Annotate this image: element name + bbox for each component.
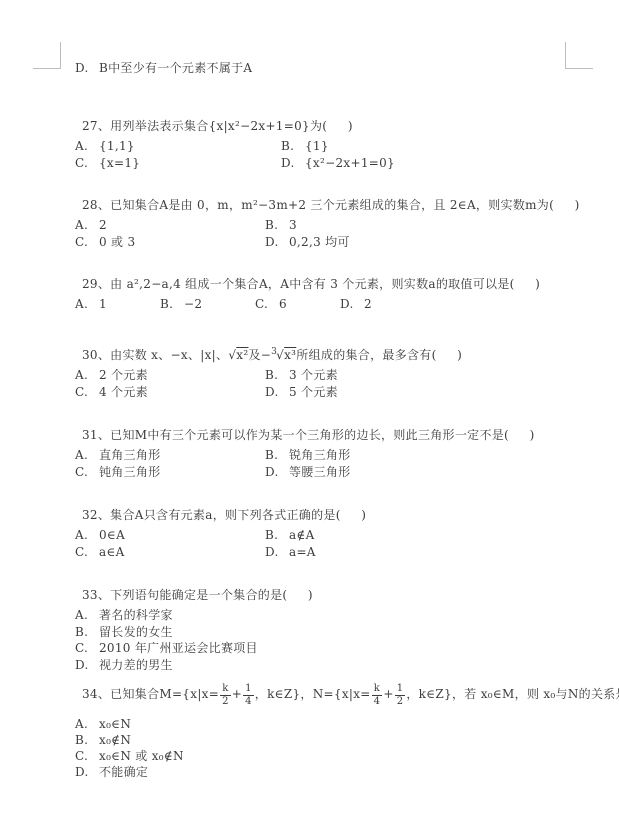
- question-30-option-d: D.5 个元素: [265, 384, 338, 401]
- question-32-option-d: D.a=A: [265, 544, 316, 561]
- question-34: 34、已知集合M={x|x=k2+14，k∈Z}，N={x|x=k4+12，k∈…: [75, 679, 590, 780]
- question-30-option-b: B.3 个元素: [265, 367, 338, 384]
- question-32-header: 32、集合A只含有元素a，则下列各式正确的是( ): [75, 507, 590, 524]
- question-28-option-d: D.0,2,3 均可: [265, 234, 350, 251]
- question-28-option-c: C.0 或 3: [75, 234, 265, 251]
- question-31-option-c: C.钝角三角形: [75, 464, 265, 481]
- question-31: 31、已知M中有三个元素可以作为某一个三角形的边长，则此三角形一定不是( ) A…: [75, 427, 590, 481]
- question-34-option-b: B.x₀∉N: [75, 732, 590, 748]
- question-31-option-d: D.等腰三角形: [265, 464, 351, 481]
- question-30-option-c: C.4 个元素: [75, 384, 265, 401]
- question-29-option-b: B.−2: [160, 296, 255, 313]
- question-32-option-b: B.a∉A: [265, 527, 315, 544]
- question-30-option-a: A.2 个元素: [75, 367, 265, 384]
- question-28-header: 28、已知集合A是由 0，m，m²−3m+2 三个元素组成的集合，且 2∈A，则…: [75, 197, 590, 214]
- question-31-option-a: A.直角三角形: [75, 447, 265, 464]
- option-label: D.: [75, 60, 99, 77]
- question-34-header: 34、已知集合M={x|x=k2+14，k∈Z}，N={x|x=k4+12，k∈…: [75, 679, 590, 709]
- question-28: 28、已知集合A是由 0，m，m²−3m+2 三个元素组成的集合，且 2∈A，则…: [75, 197, 590, 251]
- question-33-header: 33、下列语句能确定是一个集合的是( ): [75, 587, 590, 604]
- question-34-option-a: A.x₀∈N: [75, 716, 590, 732]
- question-30: 30、由实数 x、−x、|x|、√x²及−3√x³所组成的集合，最多含有( ) …: [75, 344, 590, 401]
- question-29: 29、由 a²,2−a,4 组成一个集合A，A中含有 3 个元素，则实数a的取值…: [75, 276, 590, 313]
- square-root-expression: √x²: [228, 348, 248, 362]
- question-31-header: 31、已知M中有三个元素可以作为某一个三角形的边长，则此三角形一定不是( ): [75, 427, 590, 444]
- question-27-option-b: B.{1}: [281, 138, 329, 155]
- question-33-option-b: B.留长发的女生: [75, 624, 590, 641]
- question-27-option-d: D.{x²−2x+1=0}: [281, 155, 395, 172]
- question-34-option-d: D.不能确定: [75, 764, 590, 780]
- question-33: 33、下列语句能确定是一个集合的是( ) A.著名的科学家 B.留长发的女生 C…: [75, 587, 590, 673]
- question-28-option-b: B.3: [265, 217, 297, 234]
- question-34-option-c: C.x₀∈N 或 x₀∉N: [75, 748, 590, 764]
- question-32: 32、集合A只含有元素a，则下列各式正确的是( ) A.0∈A B.a∉A C.…: [75, 507, 590, 561]
- question-29-option-a: A.1: [75, 296, 160, 313]
- question-27-header: 27、用列举法表示集合{x|x²−2x+1=0}为( ): [75, 118, 590, 135]
- option-d-previous-question: D.B中至少有一个元素不属于A: [75, 60, 590, 77]
- cube-root-expression: 3√x³: [271, 348, 296, 362]
- question-27-option-c: C.{x=1}: [75, 155, 281, 172]
- question-30-header: 30、由实数 x、−x、|x|、√x²及−3√x³所组成的集合，最多含有( ): [75, 344, 590, 364]
- question-27: 27、用列举法表示集合{x|x²−2x+1=0}为( ) A.{1,1} B.{…: [75, 118, 590, 172]
- question-29-option-c: C.6: [255, 296, 340, 313]
- fraction-1-over-2: 12: [395, 683, 406, 707]
- fraction-k-over-2: k2: [220, 683, 231, 707]
- question-31-option-b: B.锐角三角形: [265, 447, 351, 464]
- page-corner-mark-left: [33, 42, 61, 69]
- fraction-k-over-4: k4: [372, 683, 383, 707]
- question-32-option-a: A.0∈A: [75, 527, 265, 544]
- question-33-option-d: D.视力差的男生: [75, 657, 590, 674]
- question-28-option-a: A.2: [75, 217, 265, 234]
- question-33-option-c: C.2010 年广州亚运会比赛项目: [75, 640, 590, 657]
- question-29-option-d: D.2: [340, 296, 372, 313]
- question-27-option-a: A.{1,1}: [75, 138, 281, 155]
- option-text: B中至少有一个元素不属于A: [99, 61, 252, 75]
- question-32-option-c: C.a∈A: [75, 544, 265, 561]
- fraction-1-over-4: 14: [243, 683, 254, 707]
- question-29-header: 29、由 a²,2−a,4 组成一个集合A，A中含有 3 个元素，则实数a的取值…: [75, 276, 590, 293]
- question-33-option-a: A.著名的科学家: [75, 607, 590, 624]
